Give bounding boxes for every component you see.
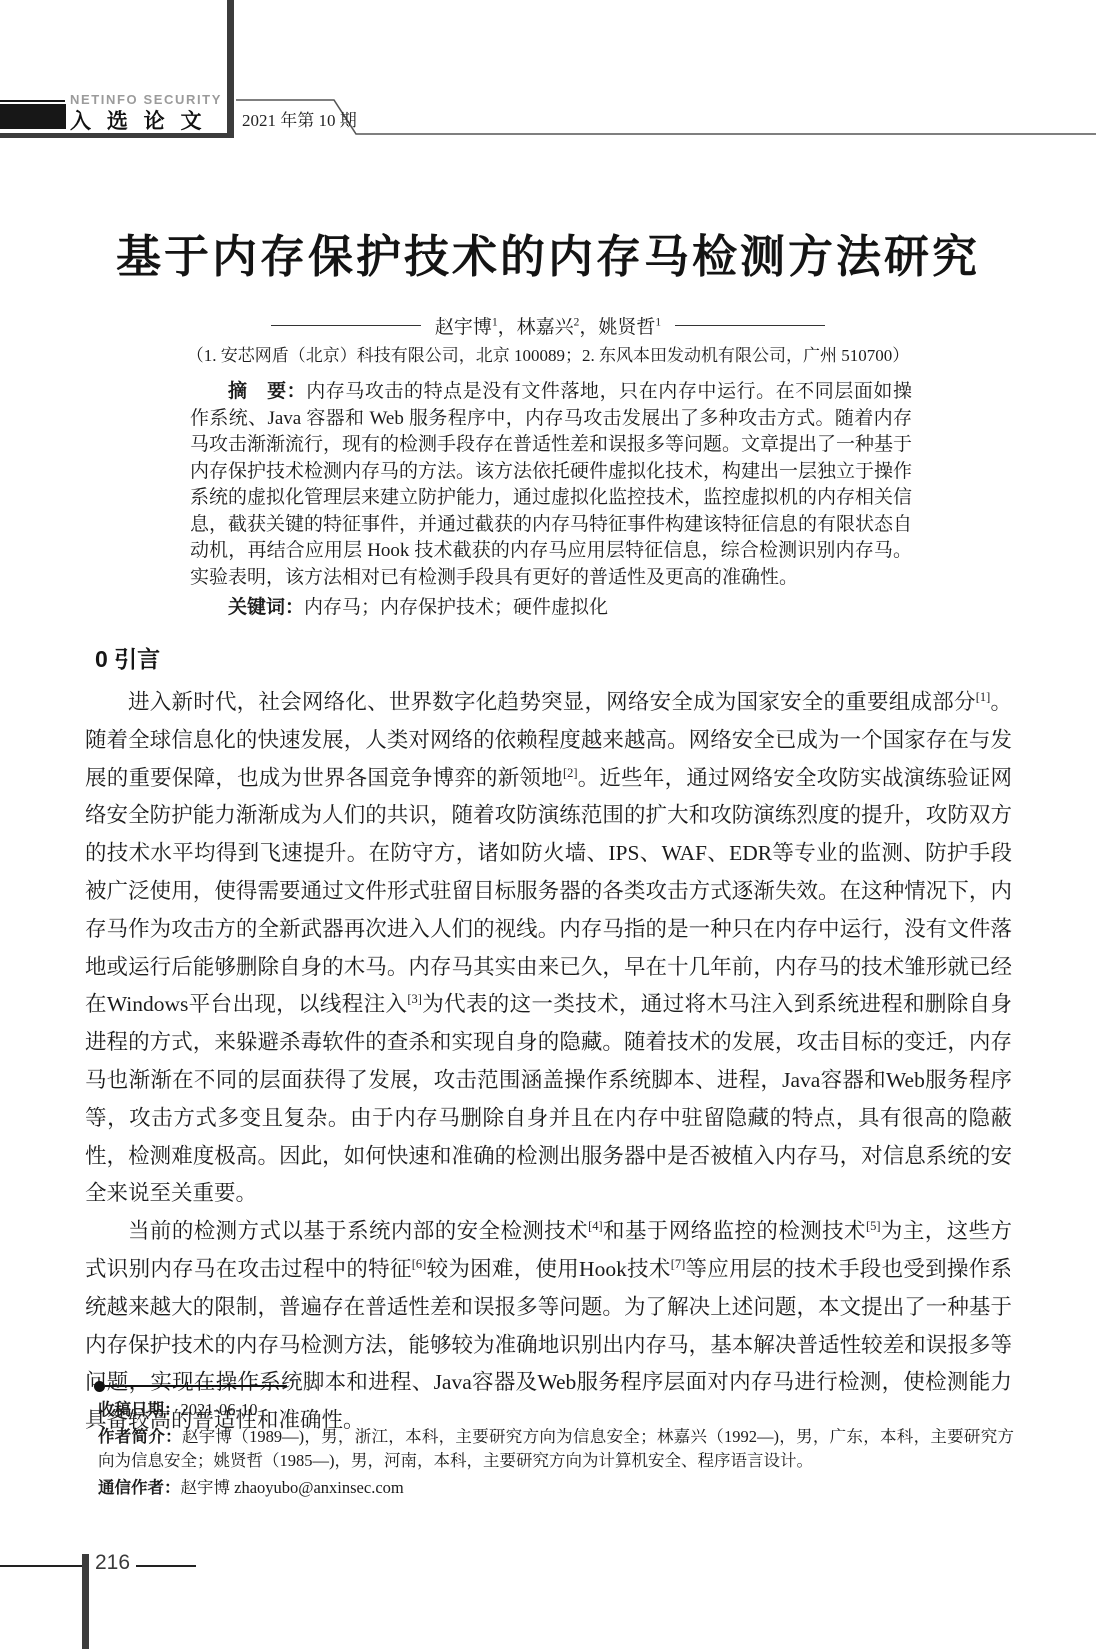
- introduction-body: 进入新时代，社会网络化、世界数字化趋势突显，网络安全成为国家安全的重要组成部分[…: [85, 684, 1012, 1440]
- author-bio-line: 作者简介：赵宇博（1989—)，男，浙江，本科，主要研究方向为信息安全；林嘉兴（…: [98, 1425, 1014, 1474]
- column-banner-label: 入 选 论 文: [70, 105, 228, 135]
- page-number: 216: [95, 1551, 130, 1575]
- author-rule-right: [675, 325, 825, 326]
- received-date-label: 收稿日期：: [98, 1401, 181, 1419]
- corresponding-author-value: 赵宇博 zhaoyubo@anxinsec.com: [181, 1478, 404, 1497]
- received-date-value: 2021-06-10: [181, 1400, 258, 1419]
- article-title: 基于内存保护技术的内存马检测方法研究: [0, 220, 1096, 285]
- bullet-icon: [94, 1381, 105, 1392]
- abstract-paragraph: 摘 要：内存马攻击的特点是没有文件落地，只在内存中运行。在不同层面如操作系统、J…: [190, 379, 912, 591]
- authors-row: 赵宇博1，林嘉兴2，姚贤哲1: [0, 312, 1096, 339]
- author-bio-value: 赵宇博（1989—)，男，浙江，本科，主要研究方向为信息安全；林嘉兴（1992—…: [98, 1427, 1014, 1471]
- issue-ribbon-line: [232, 94, 1096, 139]
- footer-rule-right: [136, 1565, 196, 1567]
- abstract-block: 摘 要：内存马攻击的特点是没有文件落地，只在内存中运行。在不同层面如操作系统、J…: [190, 379, 912, 622]
- affiliation-line: （1. 安芯网盾（北京）科技有限公司，北京 100089；2. 东风本田发动机有…: [0, 341, 1096, 366]
- issue-label: 2021 年第 10 期: [242, 106, 357, 131]
- footer-rule-left: [0, 1565, 82, 1567]
- author-rule-left: [271, 325, 421, 326]
- authors-line: 赵宇博1，林嘉兴2，姚贤哲1: [435, 312, 661, 339]
- keywords-text: 内存马；内存保护技术；硬件虚拟化: [304, 597, 608, 618]
- header-black-block: [0, 104, 66, 129]
- corresponding-author-label: 通信作者：: [98, 1479, 181, 1497]
- header-bottom-bar: [0, 133, 231, 138]
- footnote-divider: [94, 1380, 1014, 1392]
- abstract-label: 摘 要：: [228, 381, 306, 402]
- section-heading-introduction: 0 引言: [95, 641, 160, 674]
- footer-vertical-bar: [82, 1554, 89, 1649]
- corresponding-author-line: 通信作者：赵宇博 zhaoyubo@anxinsec.com: [98, 1476, 1014, 1501]
- keywords-line: 关键词：内存马；内存保护技术；硬件虚拟化: [190, 595, 912, 622]
- received-date-line: 收稿日期：2021-06-10: [98, 1398, 1014, 1423]
- body-paragraph-1: 进入新时代，社会网络化、世界数字化趋势突显，网络安全成为国家安全的重要组成部分[…: [85, 684, 1012, 1213]
- footnote-block: 收稿日期：2021-06-10 作者简介：赵宇博（1989—)，男，浙江，本科，…: [98, 1380, 1014, 1502]
- journal-page: NETINFO SECURITY 入 选 论 文 2021 年第 10 期 基于…: [0, 0, 1096, 1649]
- header-accent-line: [0, 100, 65, 102]
- author-bio-label: 作者简介：: [98, 1428, 182, 1446]
- footnote-rule: [105, 1385, 287, 1387]
- abstract-text: 内存马攻击的特点是没有文件落地，只在内存中运行。在不同层面如操作系统、Java …: [190, 381, 912, 588]
- keywords-label: 关键词：: [228, 597, 304, 618]
